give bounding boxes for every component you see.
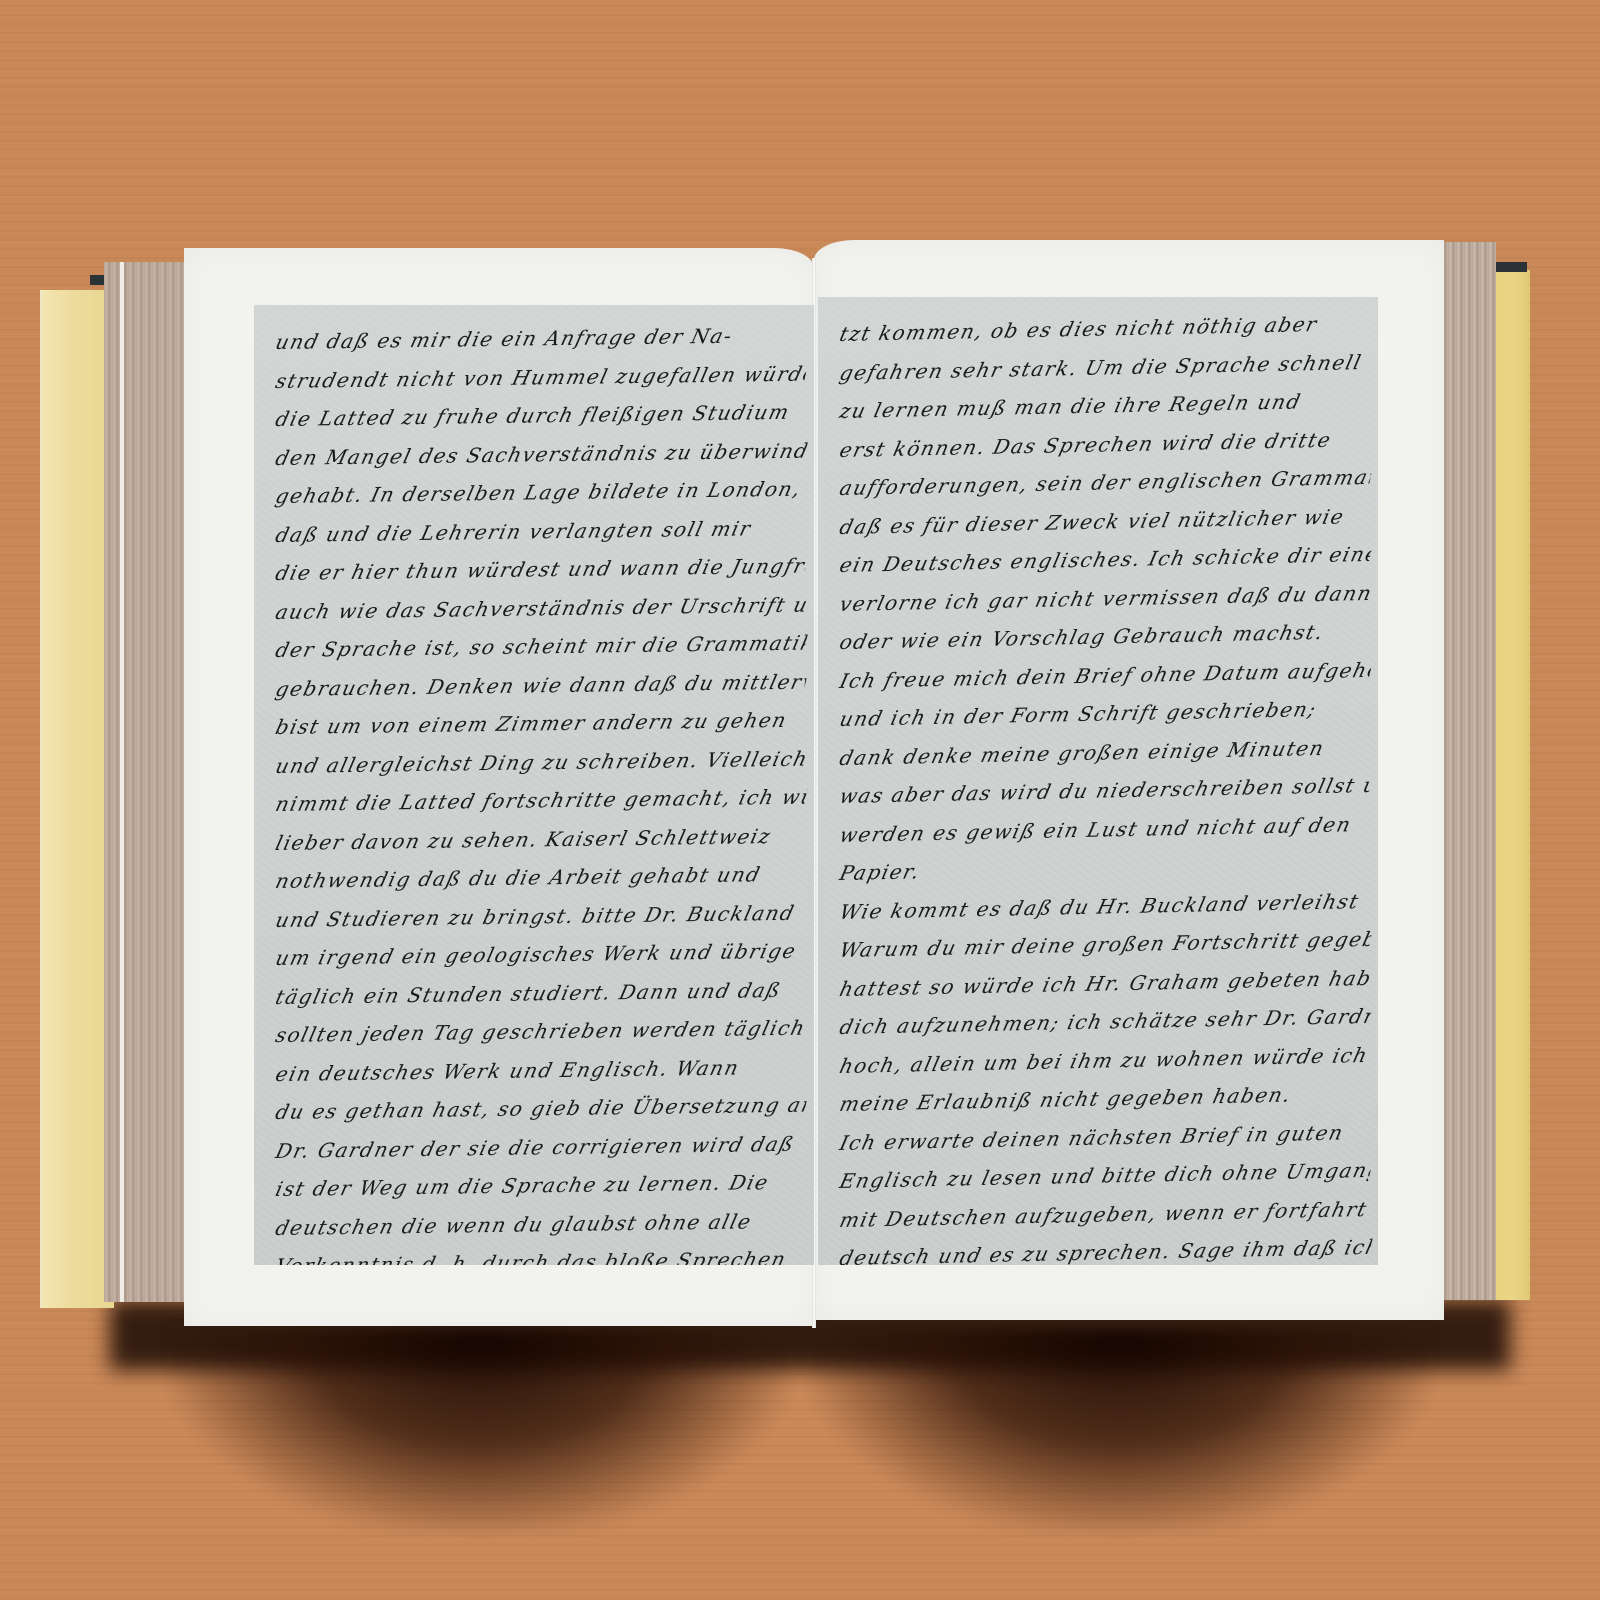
photo-scene: und daß es mir die ein Anfrage der Na-st… bbox=[0, 0, 1600, 1600]
handwritten-line: du es gethan hast, so gieb die Übersetzu… bbox=[271, 1086, 810, 1132]
handwritten-line: nimmt die Latted fortschritte gemacht, i… bbox=[271, 778, 810, 824]
handwritten-lines-left: und daß es mir die ein Anfrage der Na-st… bbox=[276, 323, 804, 1265]
facsimile-plate-left: und daß es mir die ein Anfrage der Na-st… bbox=[254, 305, 814, 1265]
handwritten-line: die er hier thun würdest und wann die Ju… bbox=[271, 547, 810, 593]
book-shadow-right bbox=[810, 1330, 1430, 1530]
handwritten-line: nothwendig daß du die Arbeit gehabt und bbox=[271, 855, 810, 901]
handwritten-line: um irgend ein geologisches Werk und übri… bbox=[271, 932, 810, 978]
page-edges-left bbox=[104, 262, 188, 1302]
handwritten-line: die Latted zu fruhe durch fleißigen Stud… bbox=[271, 393, 810, 439]
book-cover-right bbox=[1490, 270, 1530, 1300]
book-shadow-left bbox=[170, 1330, 790, 1530]
handwritten-line: bist um von einem Zimmer andern zu gehen bbox=[271, 701, 810, 747]
handwritten-line: gehabt. In derselben Lage bildete in Lon… bbox=[271, 470, 810, 516]
book-cover-left bbox=[40, 290, 114, 1308]
handwritten-line: ist der Weg um die Sprache zu lernen. Di… bbox=[271, 1163, 810, 1209]
handwritten-lines-right: tzt kommen, ob es dies nicht nöthig aber… bbox=[840, 315, 1368, 1265]
page-edges-right bbox=[1440, 242, 1496, 1300]
handwritten-line: der Sprache ist, so scheint mir die Gram… bbox=[271, 624, 810, 670]
handwritten-line: sollten jeden Tag geschrieben werden täg… bbox=[271, 1009, 810, 1055]
handwritten-line: und daß es mir die ein Anfrage der Na- bbox=[271, 316, 810, 362]
facsimile-plate-right: tzt kommen, ob es dies nicht nöthig aber… bbox=[818, 297, 1378, 1265]
